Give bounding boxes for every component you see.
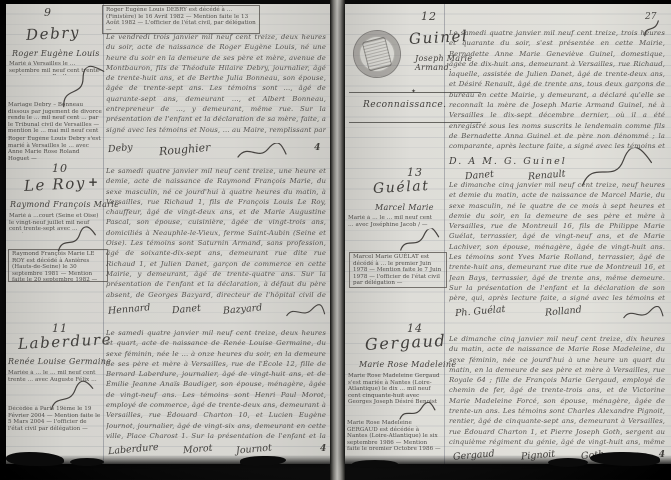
officer-paraph-icon xyxy=(236,143,288,161)
entry-surname: Guélat xyxy=(373,178,430,197)
cross-mark: + xyxy=(88,175,98,189)
post-note: D. A M. G. Guinel xyxy=(449,156,567,167)
margin-mention-death: Raymond François Marie LE ROY est décédé… xyxy=(8,249,108,282)
officer-paraph-icon xyxy=(622,306,665,322)
signature-row: Deby Roughier 4 xyxy=(108,143,326,161)
entry-given-names: Marie Rose Madeleine xyxy=(359,360,456,369)
entry-surname: Le Roy xyxy=(24,174,87,195)
diamond-rule-ornament: ✦ xyxy=(411,88,416,95)
signature: Roughier xyxy=(158,141,210,158)
torn-edge-blob xyxy=(70,458,104,466)
act-body: Le vendredi trois janvier mil neuf cent … xyxy=(106,32,326,136)
signature: Rolland xyxy=(545,304,583,318)
signature-row: Hennard Danet Bazyard xyxy=(108,304,326,320)
margin-mention-remarriage: Roger Eugène Louis Debry s'est marié à V… xyxy=(8,136,102,162)
entry-number: 9 xyxy=(44,6,52,19)
margin-mention-divorce: Mariage Debry – Bonneau dissous par juge… xyxy=(8,102,102,135)
officer-paraph-icon xyxy=(285,304,326,320)
signature: Danet xyxy=(172,303,202,316)
page-left: 9 Roger Eugène Louis DEBRY est décédé à … xyxy=(6,4,330,464)
signature: Bazyard xyxy=(223,302,263,316)
entry-number: 13 xyxy=(407,166,423,179)
register-scan: 9 Roger Eugène Louis DEBRY est décédé à … xyxy=(0,0,671,480)
margin-mention-death: Décédée à Paris 19ème le 19 Février 2004… xyxy=(8,406,102,434)
torn-edge-blob xyxy=(240,456,286,466)
signature: Deby xyxy=(108,142,134,155)
officer-initial: 4 xyxy=(320,444,326,454)
entry-given-names: Raymond François Marie xyxy=(10,200,119,209)
entry-given-names: Marcel Marie xyxy=(375,203,434,212)
margin-rule xyxy=(444,4,445,464)
book-gutter xyxy=(330,0,345,480)
stamp-coat-of-arms xyxy=(362,37,393,72)
act-body: Le samedi quatre janvier mil neuf cent t… xyxy=(106,328,326,442)
margin-mention-marriage: Marie Rose Madeleine Gergaud s'est marié… xyxy=(348,373,440,405)
signature: Hennard xyxy=(108,302,151,317)
page-right: 12 27 Guinel Joseph Marie Armand. ✦ Reco… xyxy=(345,4,671,464)
act-body: Le dimanche cinq janvier mil neuf cent t… xyxy=(449,334,665,447)
margin-mention-death: Roger Eugène Louis DEBRY est décédé à … … xyxy=(102,5,260,34)
act-body: Le samedi quatre janvier mil neuf cent t… xyxy=(106,166,326,301)
torn-edge-blob xyxy=(548,458,588,467)
act-body: Le dimanche cinq janvier mil neuf cent t… xyxy=(449,180,665,304)
entry-number: 10 xyxy=(52,162,68,175)
entry-surname: Debry xyxy=(26,23,81,44)
signature-row: Ph. Guélat Rolland xyxy=(455,306,665,322)
entry-number: 12 xyxy=(421,10,437,23)
entry-given-names: Roger Eugène Louis xyxy=(12,49,100,58)
torn-edge-blob xyxy=(352,460,398,468)
officer-initial: 4 xyxy=(314,143,320,153)
act-type-label: Reconnaissance. xyxy=(363,100,447,110)
torn-edge-blob xyxy=(6,452,64,466)
entry-given-names: Renée Louise Germaine xyxy=(8,357,111,366)
margin-mention-death: Marie Rose Madeleine GERGAUD est décédée… xyxy=(347,420,441,450)
signature: Ph. Guélat xyxy=(455,304,506,319)
margin-mention-death: Marcel Marie GUÉLAT est décédé à … le pr… xyxy=(349,252,447,288)
act-body: Le samedi quatre janvier mil neuf cent t… xyxy=(449,28,665,152)
